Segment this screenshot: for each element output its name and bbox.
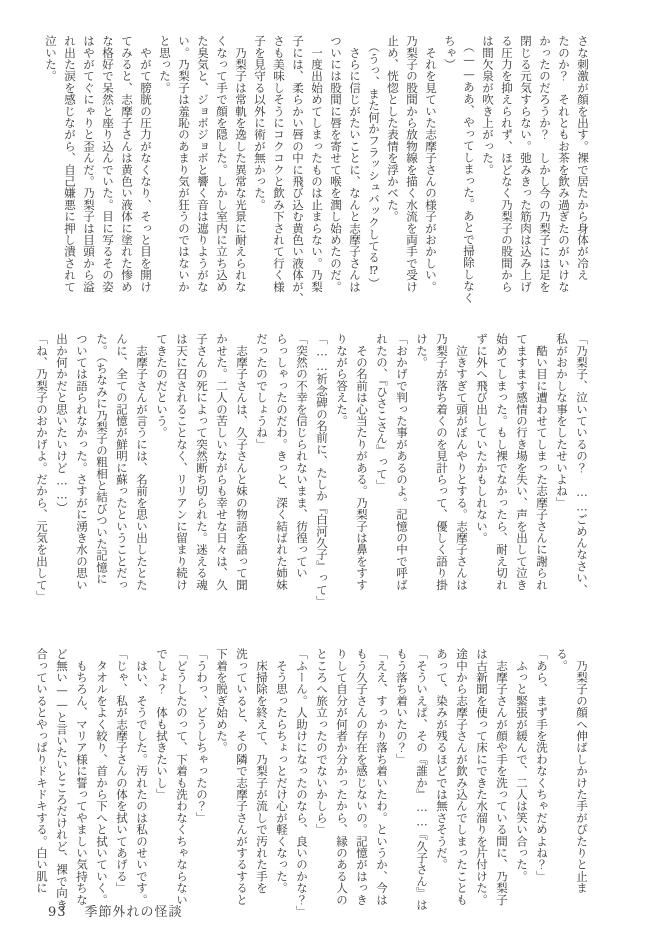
text-column: さな刺激が顔を出す。裸で居たから身体が冷え — [573, 35, 592, 295]
text-column: くなって手で顔を隠した。しかし室内に立ち込め — [212, 35, 231, 295]
text-column: てますます感情の行き場を失い、声を出して泣き — [512, 333, 532, 593]
text-column: さらに信じがたいことに、なんと志摩子さんは — [345, 35, 364, 295]
text-column: た。（ちなみに乃梨子の粗相と結びついた記憶に — [92, 333, 112, 593]
text-column: ついては語られなかった。さすがに湧き水の思い — [72, 333, 92, 593]
text-column: ずに外へ飛び出していたかもしれない。 — [472, 333, 492, 593]
text-column: らっしゃったのだわ。きっと、深く結ばれた姉妹 — [272, 333, 292, 593]
text-column: もう久子さんの存在を感じないの。記憶がはっき — [352, 648, 372, 908]
text-column: る圧力を抑えられず、ほどなく乃梨子の股間から — [497, 35, 516, 295]
text-column: さも美味しそうにコクコクと飲み下されて行く様 — [269, 35, 288, 295]
text-column: 合っているとやっぱりドキドキする。白い肌に — [32, 648, 52, 908]
text-column: それを見ていた志摩子さんの様子がおかしい。 — [421, 35, 440, 295]
text-column: は間欠泉が吹き上がった。 — [478, 35, 497, 295]
text-column: ちゃ） — [440, 35, 459, 295]
text-column: い。乃梨子は羞恥のあまり気が狂うのではないか — [174, 35, 193, 295]
text-column: 出か何かだと思いたいけど……） — [52, 333, 72, 593]
text-column: だったのでしょうね」 — [252, 333, 272, 593]
text-column: 閉じる元気すらない。弛みきった筋肉は込み上げ — [516, 35, 535, 295]
text-column: 途中から志摩子さんが飲み込んでしまったことも — [452, 648, 472, 908]
text-column: れたの、『ひさこさん』って」 — [372, 333, 392, 593]
text-column: た臭気と、ジョボジョボと響く音は遮りようがな — [193, 35, 212, 295]
text-column: 志摩子さんが言うには、名前を思い出したとた — [132, 333, 152, 593]
text-column: 「ええ、すっかり落ち着いたわ。というか、今は — [372, 648, 392, 908]
text-column: けた。 — [412, 333, 432, 593]
text-column: （——ああ、やってしまった。あとで掃除しなく — [459, 35, 478, 295]
text-column: もちろん、マリア様に誓ってやましい気持ちな — [72, 648, 92, 908]
text-column: ど無い——と言いたいところだけれど、裸で向き — [52, 648, 72, 908]
text-column: な格好で呆然と座り込んでいた。目に写るその姿 — [98, 35, 117, 295]
text-column: ついには股間に唇を寄せて喉を潤し始めたのだ。 — [326, 35, 345, 295]
running-title: 季節外れの怪談 — [85, 905, 183, 920]
text-column: 「どうしたのって、下着も洗わなくちゃならない — [172, 648, 192, 908]
text-column: 泣いた。 — [41, 35, 60, 295]
text-column: 「あら、まず手を洗わなくちゃだめよね？」 — [532, 648, 552, 908]
page-footer: 93季節外れの怪談 — [48, 901, 183, 920]
book-page: さな刺激が顔を出す。裸で居たから身体が冷えたのか？ それともお茶を飲み過ぎたのが… — [0, 0, 660, 950]
text-column: タオルをよく絞り、首から下へと拭いていく。 — [92, 648, 112, 908]
text-column: りながら答えた。 — [332, 333, 352, 593]
text-column: やがて膀胱の圧力がなくなり、そっと目を開け — [136, 35, 155, 295]
text-column: もう落ち着いたの？」 — [392, 648, 412, 908]
text-column: 志摩子さんは、久子さんと妹の物語を語って聞 — [232, 333, 252, 593]
text-column: そう思ったらちょっとだけ心が軽くなった。 — [272, 648, 292, 908]
text-column: 乃梨子は常軌を逸した異常な光景に耐えられな — [231, 35, 250, 295]
text-column: と思った。 — [155, 35, 174, 295]
text-column: 酷い目に遭わせてしまった志摩子さんに謝られ — [532, 333, 552, 593]
text-column: 「じゃ、私が志摩子さんの体を拭いてあげる」 — [112, 648, 132, 908]
text-band-top: さな刺激が顔を出す。裸で居たから身体が冷えたのか？ それともお茶を飲み過ぎたのが… — [41, 35, 592, 295]
text-column: 「そういえば、その『誰か』……『久子さん』は — [412, 648, 432, 908]
text-column: 泣きすぎて頭がぼんやりとする。志摩子さんは — [452, 333, 472, 593]
text-column: 下着を脱ぎ始めた。 — [212, 648, 232, 908]
text-column: 子さんの死によって突然断ち切られた。迷える魂 — [192, 333, 212, 593]
text-column: たのか？ それともお茶を飲み過ぎたのがいけな — [554, 35, 573, 295]
text-column: りして自分が何者か分かったから、縁のある人の — [332, 648, 352, 908]
text-column: は天に召されることなく、リリアンに留まり続け — [172, 333, 192, 593]
text-column: 乃梨子の股間から放物線を描く水流を両手で受け — [402, 35, 421, 295]
text-column: でしょ？ 体も拭きたいし」 — [152, 648, 172, 908]
text-column: る。 — [552, 648, 572, 908]
text-column: 「ね、乃梨子のおかげよ。だから、元気を出して」 — [32, 333, 52, 593]
page-number: 93 — [48, 905, 67, 920]
text-column: 「……祈念碑の名前に、たしか『白河久子』って」 — [312, 333, 332, 593]
text-column: 「乃梨子、泣いているの？ ……ごめんなさい、 — [572, 333, 592, 593]
text-column: ふっと緊張が緩んで、二人は笑い合った。 — [512, 648, 532, 908]
text-column: 「うわっ、どうしちゃったの？」 — [192, 648, 212, 908]
text-column: 洗っていると、その隣で志摩子さんがするすると — [232, 648, 252, 908]
text-column: かったのだろうか？ しかし今の乃梨子には足を — [535, 35, 554, 295]
text-column: んに、全ての記憶が鮮明に蘇ったということだっ — [112, 333, 132, 593]
text-band-middle: 「乃梨子、泣いているの？ ……ごめんなさい、私がおかしな事をしたせいよね」 酷い… — [32, 333, 592, 593]
text-column: 始めてしまった。もし裸でなかったら、耐え切れ — [492, 333, 512, 593]
text-column: 止め、恍惚とした表情を浮かべた。 — [383, 35, 402, 295]
text-column: 子を見守る以外に術が無かった。 — [250, 35, 269, 295]
text-column: 「おかげで判った事があるのよ。記憶の中で呼ば — [392, 333, 412, 593]
text-column: 私がおかしな事をしたせいよね」 — [552, 333, 572, 593]
text-column: あって、染みが残るほどでは無さそうだ。 — [432, 648, 452, 908]
text-column: はい、そうでした。汚れたのは私のせいです。 — [132, 648, 152, 908]
text-column: 乃梨子が落ち着くのを見計らって、優しく語り掛 — [432, 333, 452, 593]
text-column: てみると、志摩子さんは黄色い液体に塗れた惨め — [117, 35, 136, 295]
text-column: は古新聞を使って床にできた水溜りを片付けた。 — [472, 648, 492, 908]
text-column: 「ふーん。人助けになったのなら、良いのかな？」 — [292, 648, 312, 908]
text-column: 子には、柔らかい唇の中に飛び込む黄色い液体が、 — [288, 35, 307, 295]
text-column: 乃梨子の顔へ伸ばしかけた手がぴたりと止ま — [572, 648, 592, 908]
text-column: れ出た涙を感じながら、自己嫌悪に押し潰されて — [60, 35, 79, 295]
text-column: その名前は心当たりがある。乃梨子は鼻をすす — [352, 333, 372, 593]
text-column: 一度出始めてしまったものは止まらない。乃梨 — [307, 35, 326, 295]
text-column: ところへ旅立ったのでないかしら」 — [312, 648, 332, 908]
text-column: （うっ、また何かフラッシュバックしてる⁉） — [364, 35, 383, 295]
text-column: かせた。二人の苦しいながらも幸せな日々は、久 — [212, 333, 232, 593]
text-column: 「突然の不幸を信じられないまま、彷徨ってい — [292, 333, 312, 593]
text-column: 志摩子さんが顔や手を洗っている間に、乃梨子 — [492, 648, 512, 908]
text-column: てきたのだという。 — [152, 333, 172, 593]
text-column: 床掃除を終えて、乃梨子が流しで汚れた手を — [252, 648, 272, 908]
text-column: はやがてぐにゃりと歪んだ。乃梨子は目頭から溢 — [79, 35, 98, 295]
text-band-bottom: 乃梨子の顔へ伸ばしかけた手がぴたりと止まる。「あら、まず手を洗わなくちゃだめよね… — [32, 648, 592, 908]
